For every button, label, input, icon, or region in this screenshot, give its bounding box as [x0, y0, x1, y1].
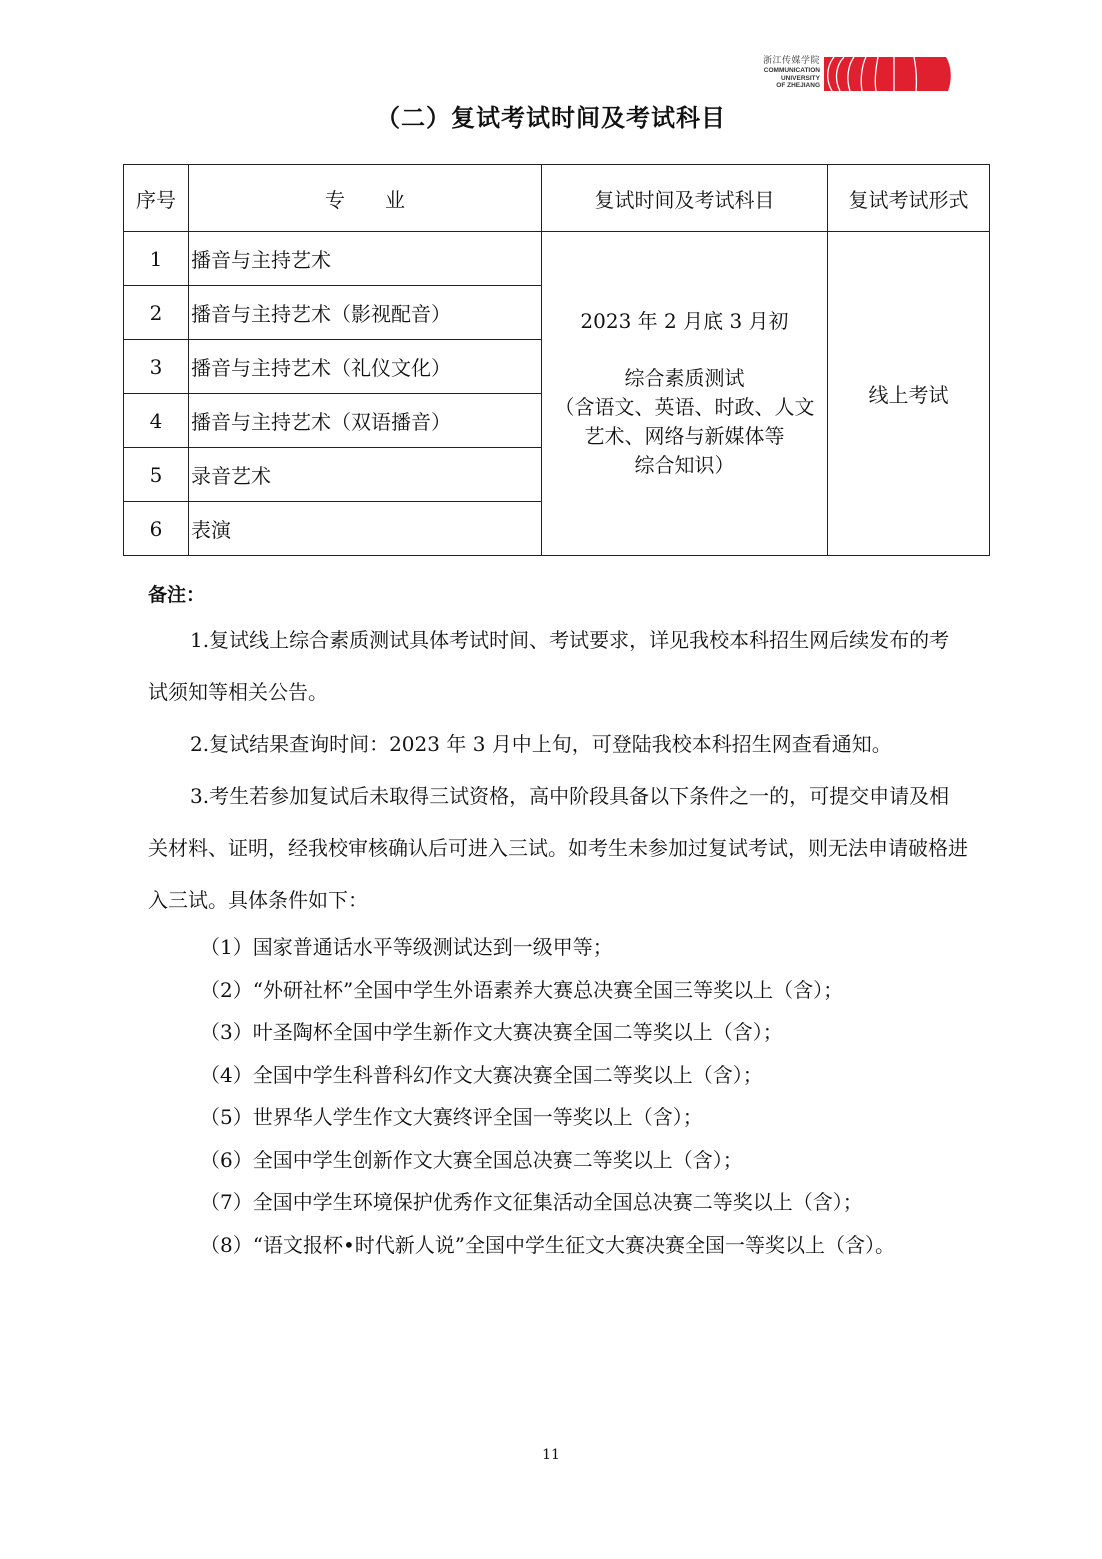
header-num: 序号 — [124, 165, 189, 232]
exam-detail-3: 综合知识） — [542, 451, 827, 480]
row-num: 6 — [124, 502, 189, 556]
logo-wave-mark-icon — [824, 57, 954, 91]
logo-en-line-3: OF ZHEJIANG — [754, 82, 820, 90]
header-major: 专 业 — [189, 165, 542, 232]
row-num: 5 — [124, 448, 189, 502]
exam-time-subject-cell: 2023 年 2 月底 3 月初 综合素质测试 （含语文、英语、时政、人文 艺术… — [542, 232, 828, 556]
condition-item: （3）叶圣陶杯全国中学生新作文大赛决赛全国二等奖以上（含）； — [148, 1011, 968, 1054]
logo-cn-name: 浙江传媒学院 — [754, 56, 820, 67]
exam-schedule-table: 序号 专 业 复试时间及考试科目 复试考试形式 1 播音与主持艺术 2023 年… — [123, 164, 990, 556]
row-num: 2 — [124, 286, 189, 340]
row-major: 播音与主持艺术（影视配音） — [189, 286, 542, 340]
logo-en-line-2: UNIVERSITY — [754, 75, 820, 83]
row-major: 播音与主持艺术（礼仪文化） — [189, 340, 542, 394]
condition-item: （1）国家普通话水平等级测试达到一级甲等； — [148, 926, 968, 969]
note-paragraph-3: 3.考生若参加复试后未取得三试资格，高中阶段具备以下条件之一的，可提交申请及相关… — [148, 770, 968, 926]
exam-subject: 综合素质测试 — [542, 364, 827, 393]
exam-date: 2023 年 2 月底 3 月初 — [542, 307, 827, 336]
condition-item: （8）“语文报杯•时代新人说”全国中学生征文大赛决赛全国一等奖以上（含）。 — [148, 1224, 968, 1267]
row-num: 1 — [124, 232, 189, 286]
notes-section: 备注： 1.复试线上综合素质测试具体考试时间、考试要求，详见我校本科招生网后续发… — [148, 580, 968, 1266]
exam-detail-2: 艺术、网络与新媒体等 — [542, 422, 827, 451]
condition-item: （4）全国中学生科普科幻作文大赛决赛全国二等奖以上（含）； — [148, 1054, 968, 1097]
row-major: 表演 — [189, 502, 542, 556]
university-logo: 浙江传媒学院 COMMUNICATION UNIVERSITY OF ZHEJI… — [754, 54, 954, 94]
row-major: 录音艺术 — [189, 448, 542, 502]
header-form: 复试考试形式 — [828, 165, 990, 232]
condition-item: （5）世界华人学生作文大赛终评全国一等奖以上（含）； — [148, 1096, 968, 1139]
condition-item: （2）“外研社杯”全国中学生外语素养大赛总决赛全国三等奖以上（含）； — [148, 969, 968, 1012]
section-title: （二）复试考试时间及考试科目 — [0, 98, 1102, 133]
condition-item: （7）全国中学生环境保护优秀作文征集活动全国总决赛二等奖以上（含）； — [148, 1181, 968, 1224]
logo-text: 浙江传媒学院 COMMUNICATION UNIVERSITY OF ZHEJI… — [754, 56, 820, 90]
row-num: 3 — [124, 340, 189, 394]
row-major: 播音与主持艺术（双语播音） — [189, 394, 542, 448]
note-paragraph-1: 1.复试线上综合素质测试具体考试时间、考试要求，详见我校本科招生网后续发布的考试… — [148, 614, 968, 718]
notes-heading: 备注： — [148, 580, 968, 614]
row-major: 播音与主持艺术 — [189, 232, 542, 286]
page-number: 11 — [0, 1447, 1102, 1463]
table-header-row: 序号 专 业 复试时间及考试科目 复试考试形式 — [124, 165, 990, 232]
exam-form-cell: 线上考试 — [828, 232, 990, 556]
row-num: 4 — [124, 394, 189, 448]
logo-en-line-1: COMMUNICATION — [754, 67, 820, 75]
condition-item: （6）全国中学生创新作文大赛全国总决赛二等奖以上（含）； — [148, 1139, 968, 1182]
header-time: 复试时间及考试科目 — [542, 165, 828, 232]
note-paragraph-2: 2.复试结果查询时间：2023 年 3 月中上旬，可登陆我校本科招生网查看通知。 — [148, 718, 968, 770]
exam-detail-1: （含语文、英语、时政、人文 — [542, 393, 827, 422]
table-row: 1 播音与主持艺术 2023 年 2 月底 3 月初 综合素质测试 （含语文、英… — [124, 232, 990, 286]
